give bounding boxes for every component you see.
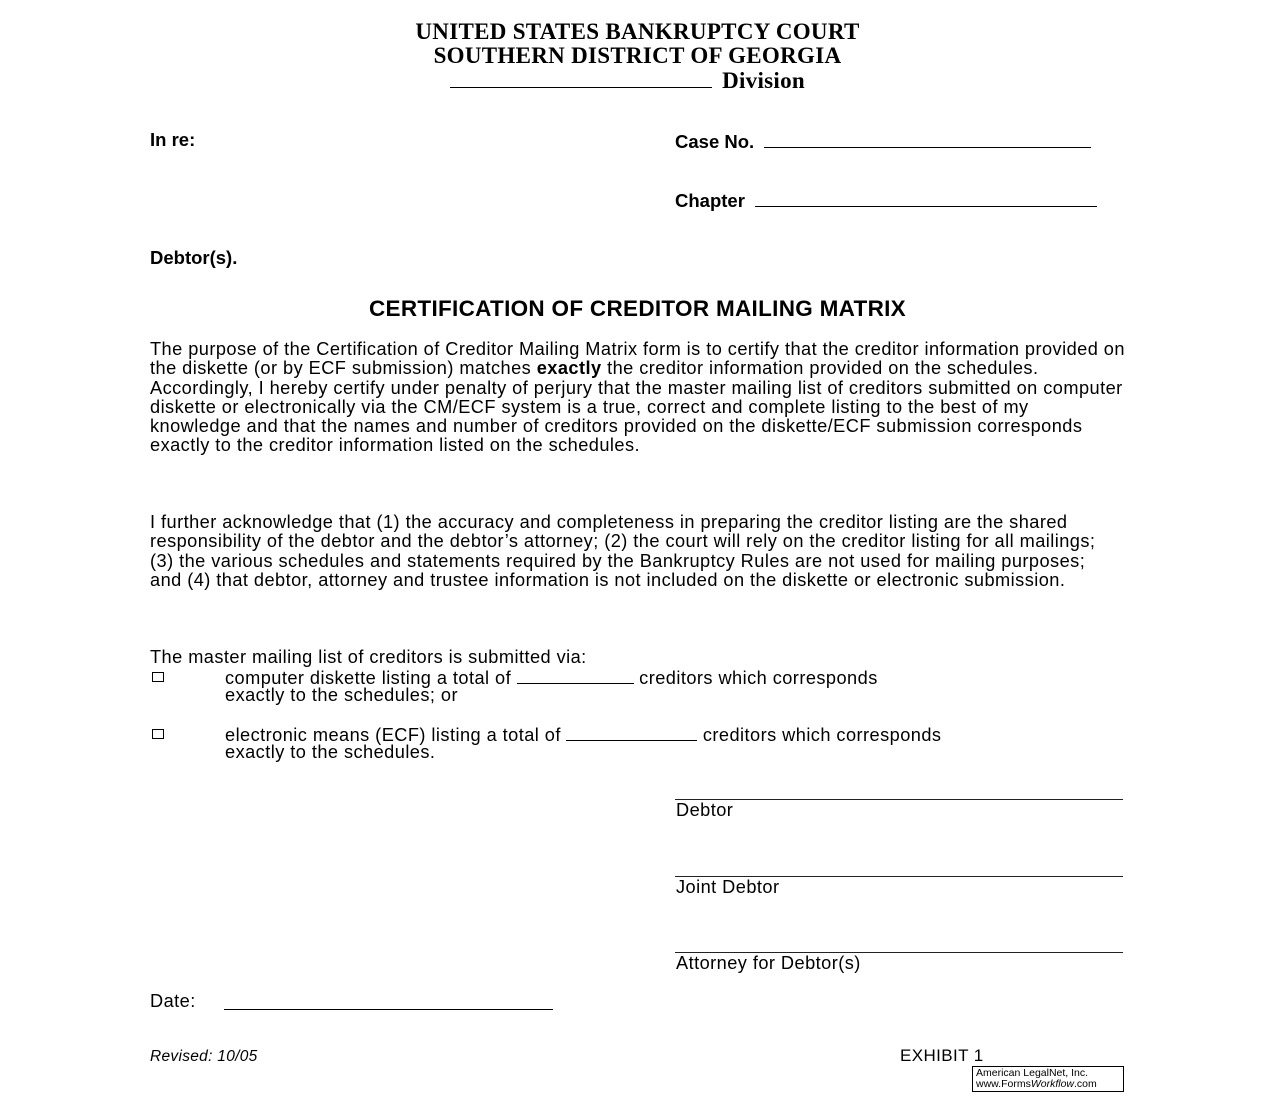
division-field[interactable] (450, 67, 712, 88)
attorney-signature-label: Attorney for Debtor(s) (676, 954, 861, 973)
acknowledgement-paragraph: I further acknowledge that (1) the accur… (150, 513, 1110, 590)
division-line: Division (450, 67, 805, 94)
certification-paragraph: The purpose of the Certification of Cred… (150, 340, 1125, 456)
debtor-signature-label: Debtor (676, 801, 733, 820)
court-name: UNITED STATES BANKRUPTCY COURT (0, 19, 1275, 45)
publisher-url-italic: Workflow (1031, 1078, 1074, 1090)
ecf-count-field[interactable] (566, 724, 697, 741)
diskette-count-field[interactable] (517, 667, 634, 684)
submission-intro: The master mailing list of creditors is … (150, 648, 587, 667)
division-label: Division (722, 68, 805, 93)
case-no-row: Case No. (675, 129, 1091, 153)
publisher-url-prefix: www.Forms (976, 1078, 1031, 1090)
publisher-logo: American LegalNet, Inc. www.FormsWorkflo… (972, 1066, 1124, 1092)
date-field[interactable] (224, 1009, 553, 1010)
diskette-text-after: creditors which corresponds (639, 668, 878, 688)
ecf-text-after: creditors which corresponds (703, 725, 942, 745)
chapter-row: Chapter (675, 188, 1097, 212)
ecf-option-line2: exactly to the schedules. (225, 743, 435, 762)
diskette-checkbox[interactable] (152, 672, 164, 682)
case-no-label: Case No. (675, 131, 754, 152)
chapter-label: Chapter (675, 190, 745, 211)
date-label: Date: (150, 992, 196, 1011)
form-title: CERTIFICATION OF CREDITOR MAILING MATRIX (0, 296, 1275, 322)
publisher-url-suffix: .com (1074, 1078, 1097, 1090)
debtor-signature-line[interactable] (675, 799, 1123, 800)
ecf-checkbox[interactable] (152, 729, 164, 739)
exhibit-label: EXHIBIT 1 (900, 1046, 984, 1066)
revised-date: Revised: 10/05 (150, 1048, 258, 1066)
paragraph1-bold-exactly: exactly (537, 358, 602, 378)
in-re-label: In re: (150, 129, 195, 151)
court-district: SOUTHERN DISTRICT OF GEORGIA (0, 43, 1275, 69)
debtors-label: Debtor(s). (150, 247, 237, 269)
chapter-field[interactable] (755, 188, 1097, 207)
diskette-option-line2: exactly to the schedules; or (225, 686, 458, 705)
case-no-field[interactable] (764, 129, 1091, 148)
publisher-url: www.FormsWorkflow.com (976, 1079, 1120, 1090)
joint-debtor-signature-label: Joint Debtor (676, 878, 779, 897)
